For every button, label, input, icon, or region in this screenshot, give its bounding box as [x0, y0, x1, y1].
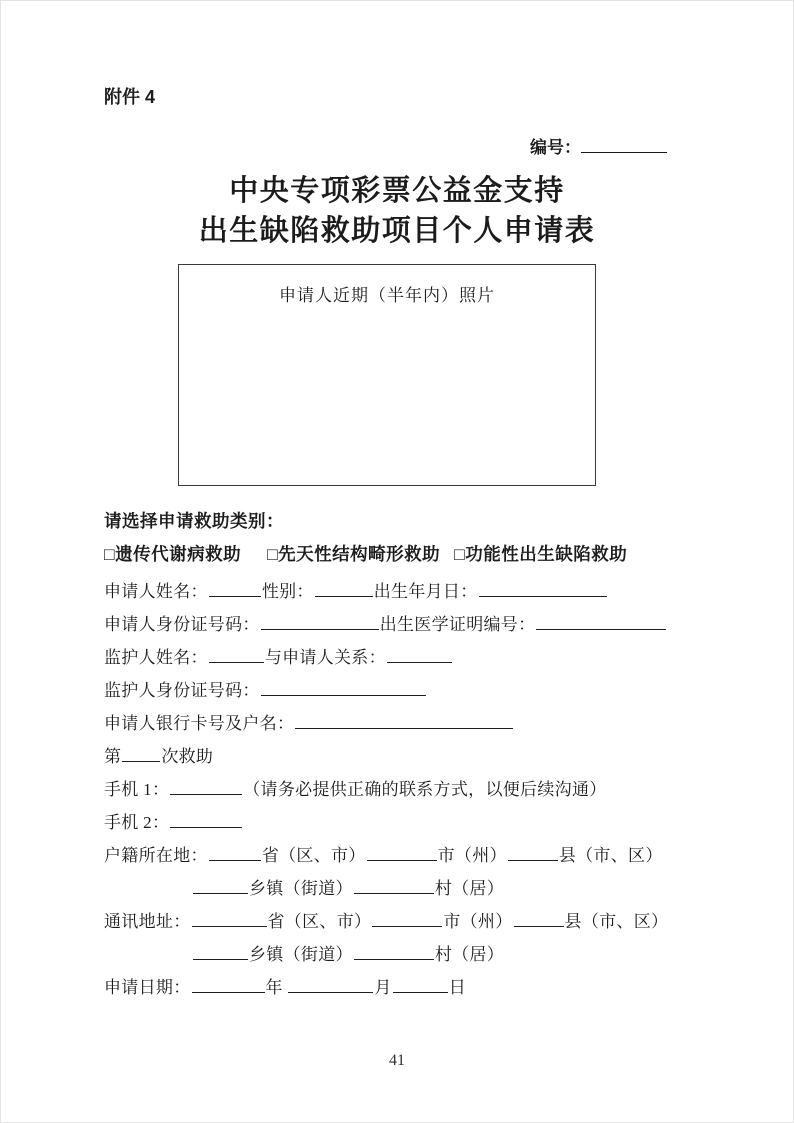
application-date-row: 申请日期：年 月日 — [104, 971, 690, 1004]
household-county-blank[interactable] — [508, 844, 558, 861]
gender-blank[interactable] — [315, 580, 373, 597]
title-line-1: 中央专项彩票公益金支持 — [104, 171, 690, 211]
bank-account-row: 申请人银行卡号及户名： — [104, 707, 690, 740]
serial-row: 编号： — [104, 135, 690, 161]
date-month-blank[interactable] — [288, 976, 373, 993]
applicant-id-row: 申请人身份证号码：出生医学证明编号： — [104, 608, 690, 641]
application-date-label: 申请日期： — [104, 978, 191, 997]
assistance-count-row: 第次救助 — [104, 740, 690, 773]
option-label: 功能性出生缺陷救助 — [465, 544, 627, 564]
page-number: 41 — [1, 1052, 793, 1070]
birth-cert-blank[interactable] — [536, 613, 666, 630]
household-village-blank[interactable] — [354, 877, 434, 894]
township-label: 乡镇（街道） — [249, 879, 353, 898]
applicant-id-label: 申请人身份证号码： — [104, 615, 260, 634]
birth-date-blank[interactable] — [479, 580, 607, 597]
household-city-blank[interactable] — [367, 844, 437, 861]
category-option-structural[interactable]: □先天性结构畸形救助 — [267, 541, 440, 567]
option-label: 先天性结构畸形救助 — [278, 544, 440, 564]
phone1-blank[interactable] — [170, 778, 242, 795]
assistance-count-blank[interactable] — [122, 745, 160, 762]
photo-box: 申请人近期（半年内）照片 — [178, 264, 596, 486]
checkbox-icon[interactable]: □ — [454, 544, 465, 564]
guardian-name-blank[interactable] — [209, 646, 264, 663]
household-address-row2: 乡镇（街道）村（居） — [104, 872, 690, 905]
category-heading: 请选择申请救助类别： — [104, 508, 690, 534]
village-label: 村（居） — [435, 945, 504, 964]
county-label: 县（市、区） — [565, 912, 669, 931]
township-label: 乡镇（街道） — [249, 945, 353, 964]
day-label: 日 — [449, 978, 466, 997]
province-label: 省（区、市） — [262, 846, 366, 865]
phone2-label: 手机 2： — [104, 813, 169, 832]
checkbox-icon[interactable]: □ — [104, 544, 115, 564]
village-label: 村（居） — [435, 879, 504, 898]
mailing-label: 通讯地址： — [104, 912, 191, 931]
household-label: 户籍所在地： — [104, 846, 208, 865]
city-label: 市（州） — [438, 846, 507, 865]
mailing-city-blank[interactable] — [372, 910, 442, 927]
bank-account-label: 申请人银行卡号及户名： — [104, 714, 294, 733]
year-label: 年 — [266, 978, 283, 997]
relation-blank[interactable] — [387, 646, 452, 663]
phone1-label: 手机 1： — [104, 780, 169, 799]
county-label: 县（市、区） — [559, 846, 663, 865]
date-day-blank[interactable] — [393, 976, 448, 993]
applicant-name-blank[interactable] — [209, 580, 261, 597]
page-title: 中央专项彩票公益金支持 出生缺陷救助项目个人申请表 — [104, 171, 690, 251]
attachment-label: 附件 4 — [104, 85, 690, 109]
serial-blank[interactable] — [581, 136, 667, 153]
phone-note: （请务必提供正确的联系方式，以便后续沟通） — [243, 780, 606, 799]
guardian-name-row: 监护人姓名：与申请人关系： — [104, 641, 690, 674]
photo-box-label: 申请人近期（半年内）照片 — [279, 286, 495, 305]
guardian-id-row: 监护人身份证号码： — [104, 674, 690, 707]
mailing-address-row: 通讯地址：省（区、市）市（州）县（市、区） — [104, 905, 690, 938]
gender-label: 性别： — [262, 582, 314, 601]
guardian-name-label: 监护人姓名： — [104, 648, 208, 667]
serial-label: 编号： — [530, 138, 581, 157]
phone1-row: 手机 1：（请务必提供正确的联系方式，以便后续沟通） — [104, 773, 690, 806]
applicant-name-label: 申请人姓名： — [104, 582, 208, 601]
province-label: 省（区、市） — [268, 912, 372, 931]
date-year-blank[interactable] — [192, 976, 265, 993]
bank-account-blank[interactable] — [295, 712, 513, 729]
form-page: 附件 4 编号： 中央专项彩票公益金支持 出生缺陷救助项目个人申请表 申请人近期… — [0, 0, 794, 1123]
count-prefix-label: 第 — [104, 747, 121, 766]
household-address-row: 户籍所在地：省（区、市）市（州）县（市、区） — [104, 839, 690, 872]
mailing-township-blank[interactable] — [193, 943, 248, 960]
birth-date-label: 出生年月日： — [374, 582, 478, 601]
guardian-id-label: 监护人身份证号码： — [104, 681, 260, 700]
category-option-genetic[interactable]: □遗传代谢病救助 — [104, 541, 241, 567]
household-township-blank[interactable] — [193, 877, 248, 894]
month-label: 月 — [374, 978, 391, 997]
applicant-name-row: 申请人姓名：性别：出生年月日： — [104, 575, 690, 608]
category-options: □遗传代谢病救助□先天性结构畸形救助□功能性出生缺陷救助 — [104, 541, 690, 567]
applicant-id-blank[interactable] — [261, 613, 379, 630]
relation-label: 与申请人关系： — [265, 648, 386, 667]
household-province-blank[interactable] — [209, 844, 261, 861]
count-suffix-label: 次救助 — [161, 747, 213, 766]
title-line-2: 出生缺陷救助项目个人申请表 — [104, 211, 690, 251]
mailing-address-row2: 乡镇（街道）村（居） — [104, 938, 690, 971]
city-label: 市（州） — [443, 912, 512, 931]
category-option-functional[interactable]: □功能性出生缺陷救助 — [454, 541, 627, 567]
phone2-row: 手机 2： — [104, 806, 690, 839]
form-fields: 申请人姓名：性别：出生年月日： 申请人身份证号码：出生医学证明编号： 监护人姓名… — [104, 575, 690, 1004]
mailing-village-blank[interactable] — [354, 943, 434, 960]
birth-cert-label: 出生医学证明编号： — [380, 615, 536, 634]
option-label: 遗传代谢病救助 — [115, 544, 241, 564]
phone2-blank[interactable] — [170, 811, 242, 828]
mailing-county-blank[interactable] — [514, 910, 564, 927]
mailing-province-blank[interactable] — [192, 910, 267, 927]
guardian-id-blank[interactable] — [261, 679, 426, 696]
checkbox-icon[interactable]: □ — [267, 544, 278, 564]
